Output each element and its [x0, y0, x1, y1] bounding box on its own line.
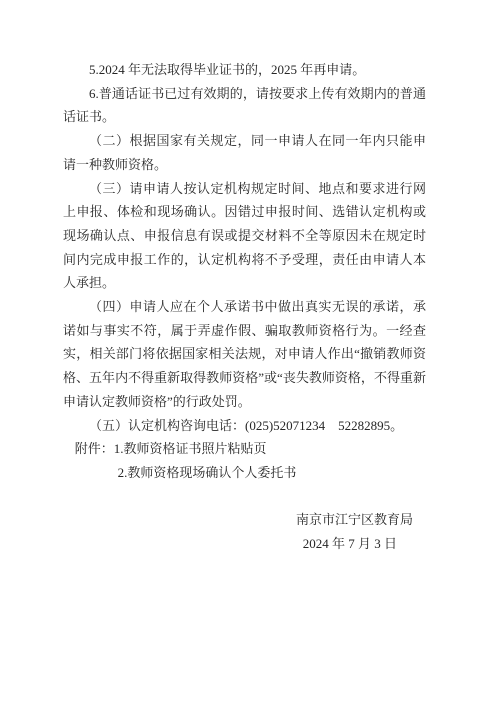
- paragraph-item-6: 6.普通话证书已过有效期的，请按要求上传有效期内的普通话证书。: [63, 82, 426, 129]
- paragraph-section-2: （二）根据国家有关规定，同一申请人在同一年内只能申请一种教师资格。: [63, 129, 426, 176]
- signature-date: 2024 年 7 月 3 日: [63, 532, 426, 556]
- paragraph-section-5-phone: （五）认定机构咨询电话：(025)52071234 52282895。: [63, 414, 426, 438]
- signature-issuer: 南京市江宁区教育局: [63, 508, 426, 532]
- attachments-line-1: 附件：1.教师资格证书照片粘贴页: [63, 437, 426, 461]
- attachments-line-2: 2.教师资格现场确认个人委托书: [63, 461, 426, 485]
- paragraph-item-5: 5.2024 年无法取得毕业证书的，2025 年再申请。: [63, 58, 426, 82]
- paragraph-section-4: （四）申请人应在个人承诺书中做出真实无误的承诺，承诺如与事实不符，属于弄虚作假、…: [63, 295, 426, 414]
- document-page: 5.2024 年无法取得毕业证书的，2025 年再申请。 6.普通话证书已过有效…: [0, 0, 502, 710]
- paragraph-section-3: （三）请申请人按认定机构规定时间、地点和要求进行网上申报、体检和现场确认。因错过…: [63, 177, 426, 296]
- blank-line: [63, 485, 426, 509]
- document-body: 5.2024 年无法取得毕业证书的，2025 年再申请。 6.普通话证书已过有效…: [63, 58, 426, 556]
